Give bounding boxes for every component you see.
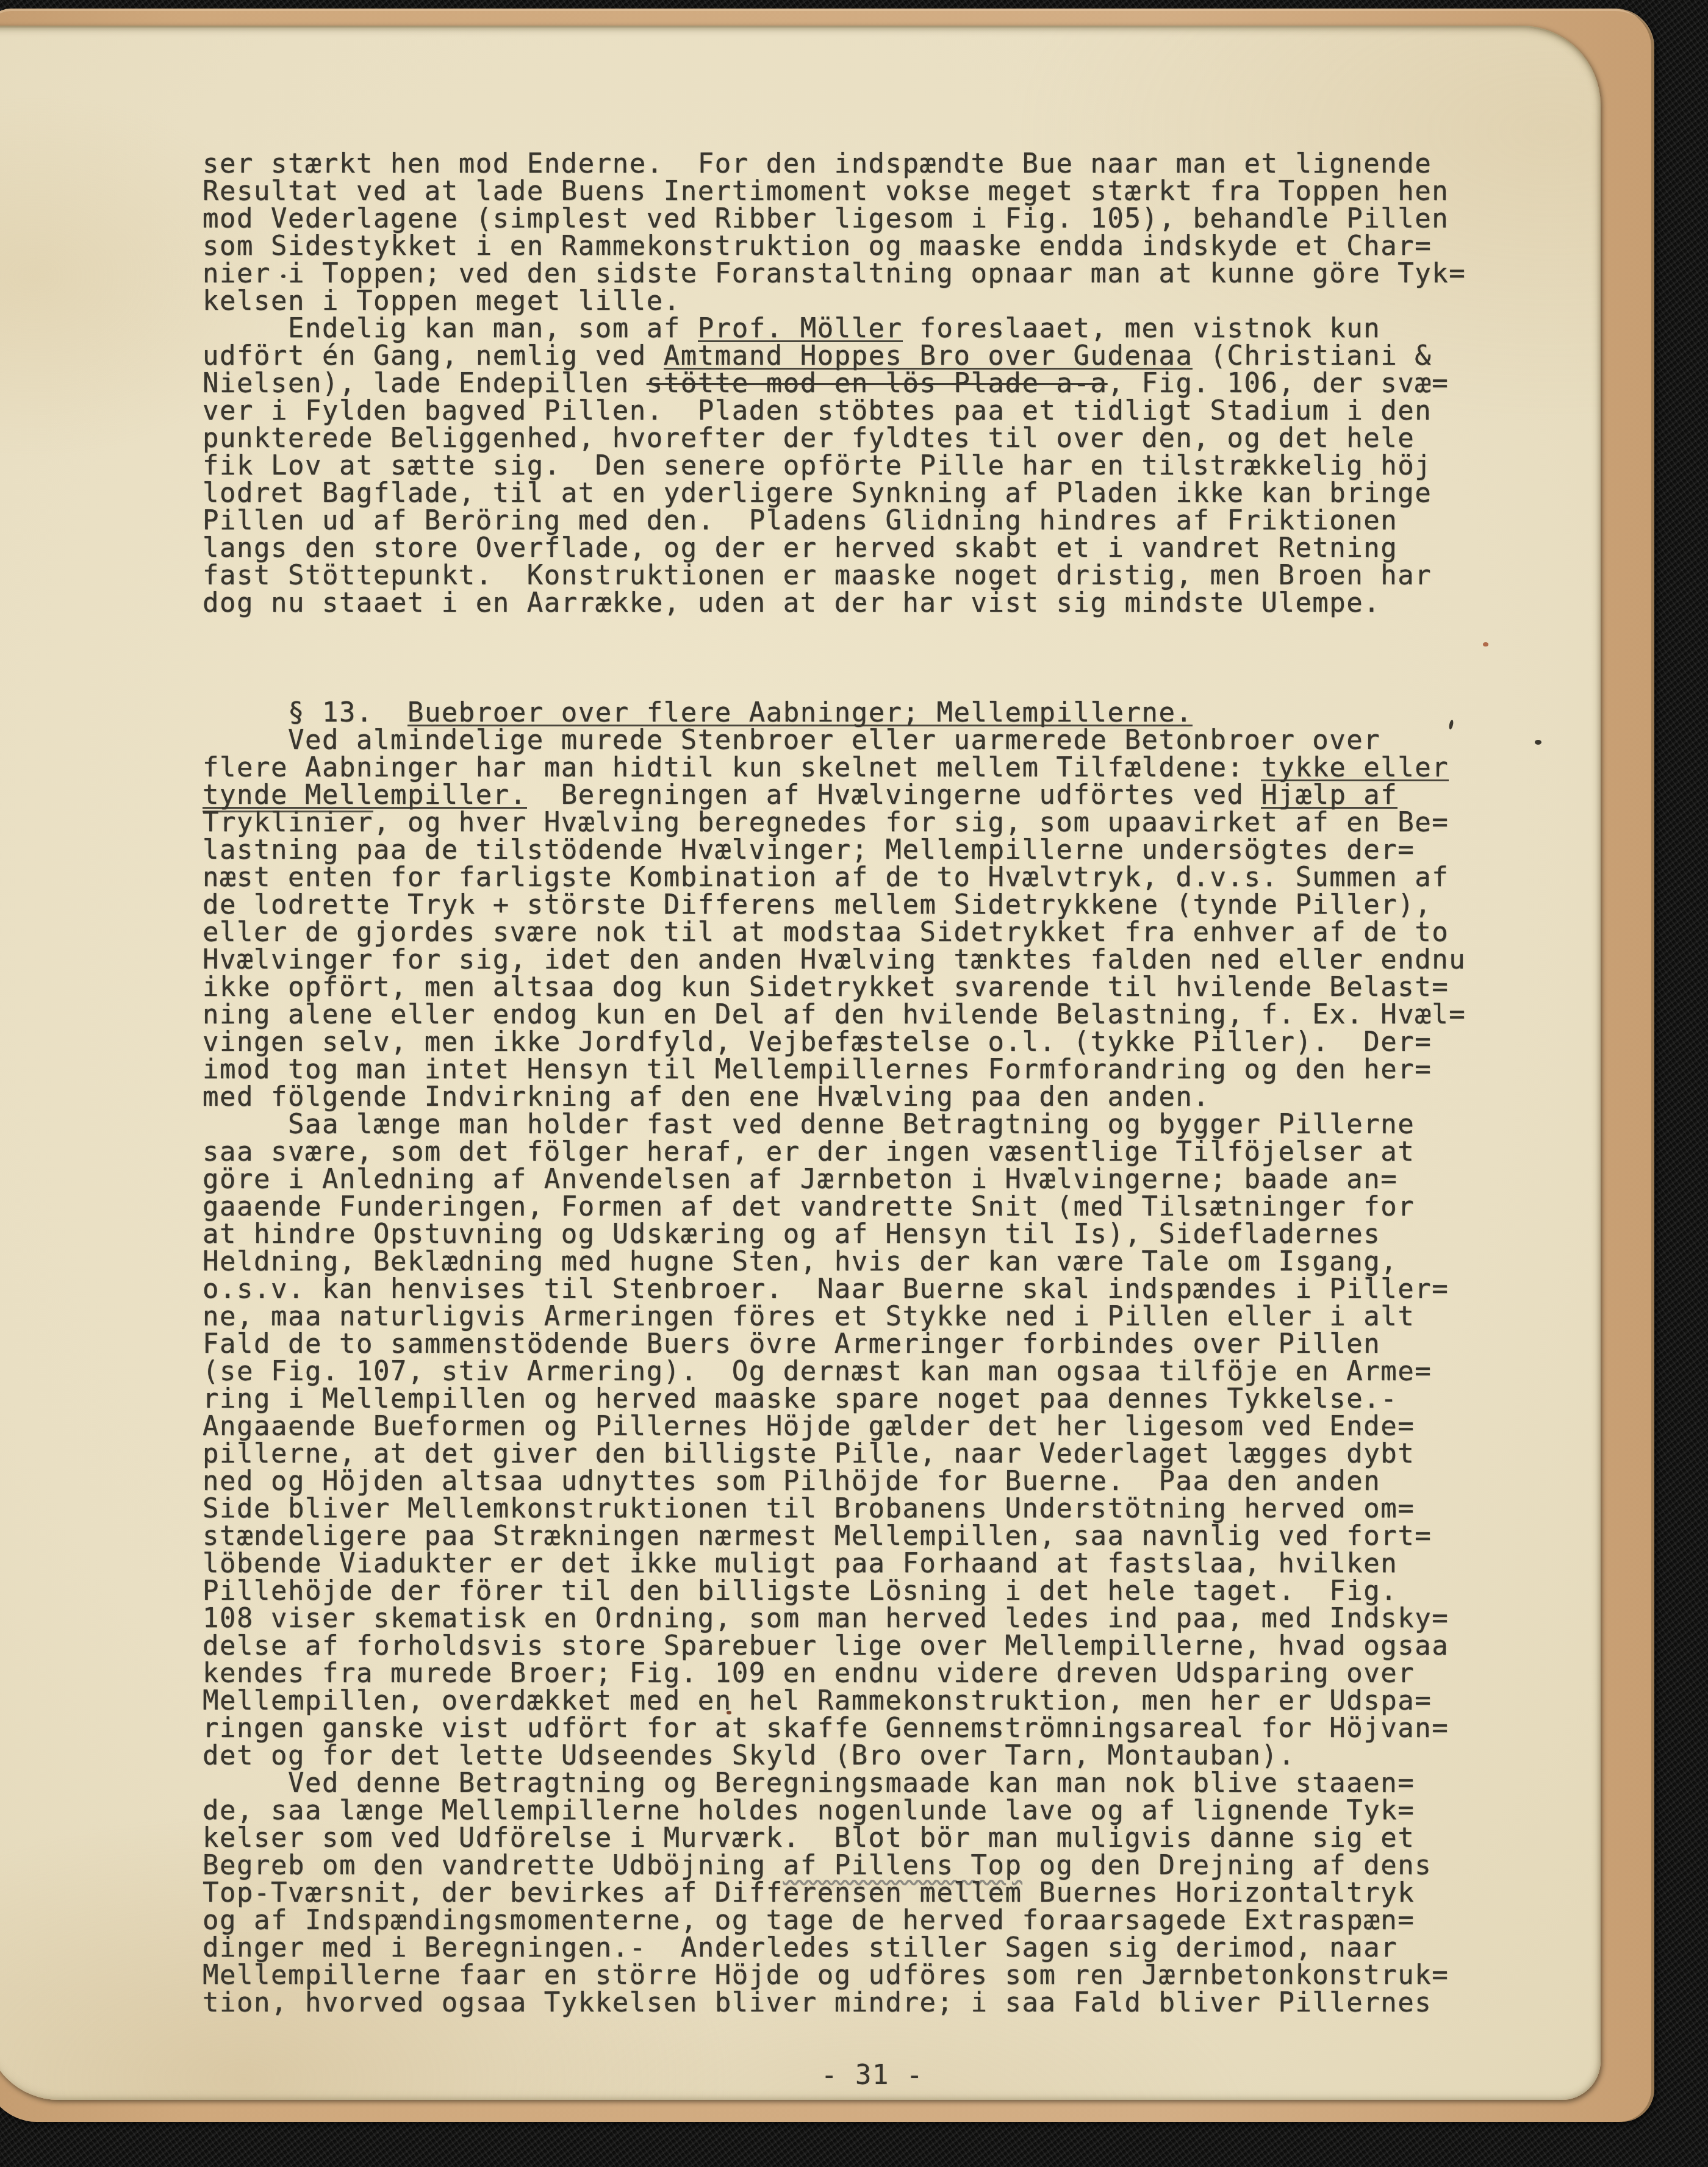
text-segment: ser stærkt hen mod Enderne. For den inds… — [203, 148, 1432, 179]
text-line: ne, maa naturligvis Armeringen föres et … — [203, 1303, 1471, 1330]
text-segment: ver i Fylden bagved Pillen. Pladen stöbt… — [203, 395, 1432, 426]
text-line: Top-Tværsnit, der bevirkes af Differense… — [203, 1879, 1471, 1907]
text-segment: Begreb om den vandrette Udböjning — [203, 1850, 783, 1881]
text-line: tion, hvorved ogsaa Tykkelsen bliver min… — [203, 1989, 1471, 2016]
emphasized-text-segment: af Pillens Top — [783, 1850, 1022, 1881]
text-segment: Nielsen), lade Endepillen — [203, 368, 647, 399]
text-segment: flere Aabninger har man hidtil kun skeln… — [203, 752, 1261, 783]
text-segment: fast Stöttepunkt. Konstruktionen er maas… — [203, 560, 1432, 591]
text-segment: gaaende Funderingen, Formen af det vandr… — [203, 1191, 1415, 1222]
text-segment: eller de gjordes svære nok til at modsta… — [203, 917, 1449, 948]
emphasized-text-segment: Buebroer over flere Aabninger; Mellempil… — [407, 697, 1193, 728]
text-segment: Side bliver Mellemkonstruktionen til Bro… — [203, 1493, 1415, 1524]
scanned-book-photo: { "page": { "number_label": "- 31 -", "p… — [0, 0, 1708, 2167]
text-segment: Hvælvinger for sig, idet den anden Hvælv… — [203, 944, 1466, 975]
text-line: Mellempillen, overdækket med en hel Ramm… — [203, 1687, 1471, 1714]
text-line: udfört én Gang, nemlig ved Amtmand Hoppe… — [203, 342, 1471, 370]
text-line: imod tog man intet Hensyn til Mellempill… — [203, 1056, 1471, 1083]
text-line: Hvælvinger for sig, idet den anden Hvælv… — [203, 946, 1471, 973]
text-line: Pillen ud af Beröring med den. Pladens G… — [203, 507, 1471, 534]
text-line: Begreb om den vandrette Udböjning af Pil… — [203, 1852, 1471, 1879]
text-segment: mod Vederlagene (simplest ved Ribber lig… — [203, 203, 1449, 234]
paper-stain-fleck — [1483, 642, 1488, 647]
text-line: ring i Mellempillen og herved maaske spa… — [203, 1385, 1471, 1413]
text-line: lastning paa de tilstödende Hvælvinger; … — [203, 836, 1471, 864]
text-line: delse af forholdsvis store Sparebuer lig… — [203, 1632, 1471, 1660]
text-segment: langs den store Overflade, og der er her… — [203, 532, 1398, 564]
text-segment: saa svære, som det fölger heraf, er der … — [203, 1136, 1415, 1167]
text-segment: Mellempillen, overdækket med en hel Ramm… — [203, 1685, 1432, 1716]
text-segment: Ved denne Betragtning og Beregningsmaade… — [203, 1768, 1415, 1799]
text-segment: dog nu staaet i en Aarrække, uden at der… — [203, 587, 1380, 618]
text-line: de lodrette Tryk + störste Differens mel… — [203, 891, 1471, 919]
text-segment: 108 viser skematisk en Ordning, som man … — [203, 1603, 1449, 1634]
typewritten-text: ser stærkt hen mod Enderne. For den inds… — [203, 150, 1471, 2016]
text-line: Saa længe man holder fast ved denne Betr… — [203, 1111, 1471, 1138]
text-segment: ning alene eller endog kun en Del af den… — [203, 999, 1466, 1030]
text-line: Pillehöjde der förer til den billigste L… — [203, 1577, 1471, 1605]
text-line: dog nu staaet i en Aarrække, uden at der… — [203, 589, 1471, 617]
emphasized-text-segment: stötte mod en lös Plade a-a — [647, 368, 1108, 399]
text-line: kendes fra murede Broer; Fig. 109 en end… — [203, 1660, 1471, 1687]
text-segment: tion, hvorved ogsaa Tykkelsen bliver min… — [203, 1987, 1432, 2018]
emphasized-text-segment: tykke eller — [1261, 752, 1449, 783]
text-segment: (Christiani & — [1193, 340, 1432, 371]
text-segment: stændeligere paa Strækningen nærmest Mel… — [203, 1520, 1432, 1552]
text-segment: löbende Viadukter er det ikke muligt paa… — [203, 1548, 1398, 1579]
text-line: Resultat ved at lade Buens Inertimoment … — [203, 177, 1471, 205]
text-line: ikke opfört, men altsaa dog kun Sidetryk… — [203, 973, 1471, 1001]
text-line: at hindre Opstuvning og Udskæring og af … — [203, 1220, 1471, 1248]
text-segment: Beregningen af Hvælvingerne udförtes ved — [527, 779, 1261, 811]
text-line: Angaaende Bueformen og Pillernes Höjde g… — [203, 1413, 1471, 1440]
text-segment: kelser som ved Udförelse i Murværk. Blot… — [203, 1822, 1415, 1854]
text-line: vingen selv, men ikke Jordfyld, Vejbefæs… — [203, 1028, 1471, 1056]
emphasized-text-segment: tynde Mellempiller. — [203, 779, 527, 811]
text-segment: Resultat ved at lade Buens Inertimoment … — [203, 176, 1449, 207]
text-segment: fik Lov at sætte sig. Den senere opförte… — [203, 450, 1432, 481]
text-line: nier i Toppen; ved den sidste Foranstalt… — [203, 260, 1471, 287]
text-segment: nier i Toppen; ved den sidste Foranstalt… — [203, 258, 1466, 289]
text-line: § 13. Buebroer over flere Aabninger; Mel… — [203, 699, 1471, 726]
text-line — [203, 644, 1471, 672]
text-segment: ned og Höjden altsaa udnyttes som Pilhöj… — [203, 1466, 1380, 1497]
text-segment: de lodrette Tryk + störste Differens mel… — [203, 889, 1432, 920]
text-line: (se Fig. 107, stiv Armering). Og dernæst… — [203, 1358, 1471, 1385]
text-segment: foreslaaet, men vistnok kun — [903, 313, 1381, 344]
text-segment: Endelig kan man, som af — [203, 313, 698, 344]
text-line: og af Indspændingsmomenterne, og tage de… — [203, 1907, 1471, 1934]
text-segment: de, saa længe Mellempillerne holdes noge… — [203, 1795, 1415, 1826]
text-segment: pillerne, at det giver den billigste Pil… — [203, 1438, 1415, 1469]
text-segment: næst enten for farligste Kombination af … — [203, 862, 1449, 893]
text-line: flere Aabninger har man hidtil kun skeln… — [203, 754, 1471, 781]
text-line: Ved almindelige murede Stenbroer eller u… — [203, 726, 1471, 754]
text-segment: Top-Tværsnit, der bevirkes af Differense… — [203, 1877, 1415, 1908]
text-line: mod Vederlagene (simplest ved Ribber lig… — [203, 205, 1471, 232]
text-segment: ringen ganske vist udfört for at skaffe … — [203, 1713, 1449, 1744]
text-line: de, saa længe Mellempillerne holdes noge… — [203, 1797, 1471, 1824]
text-segment: kendes fra murede Broer; Fig. 109 en end… — [203, 1658, 1415, 1689]
text-segment: vingen selv, men ikke Jordfyld, Vejbefæs… — [203, 1026, 1432, 1058]
text-segment: Pillen ud af Beröring med den. Pladens G… — [203, 505, 1398, 536]
text-line: det og for det lette Udseendes Skyld (Br… — [203, 1742, 1471, 1769]
text-line: kelser som ved Udförelse i Murværk. Blot… — [203, 1824, 1471, 1852]
text-line: ser stærkt hen mod Enderne. For den inds… — [203, 150, 1471, 177]
text-line: som Sidestykket i en Rammekonstruktion o… — [203, 232, 1471, 260]
text-line: næst enten for farligste Kombination af … — [203, 864, 1471, 891]
text-line — [203, 672, 1471, 699]
text-segment: det og for det lette Udseendes Skyld (Br… — [203, 1740, 1295, 1771]
text-line: stændeligere paa Strækningen nærmest Mel… — [203, 1522, 1471, 1550]
text-segment: , og hver Hvælving beregnedes for sig, s… — [373, 807, 1449, 838]
text-line: Ved denne Betragtning og Beregningsmaade… — [203, 1769, 1471, 1797]
text-line: Nielsen), lade Endepillen stötte mod en … — [203, 370, 1471, 397]
text-segment: Ved almindelige murede Stenbroer eller u… — [203, 725, 1380, 756]
text-segment: Heldning, Beklædning med hugne Sten, hvi… — [203, 1246, 1398, 1277]
text-line: ning alene eller endog kun en Del af den… — [203, 1001, 1471, 1028]
text-line: ver i Fylden bagved Pillen. Pladen stöbt… — [203, 397, 1471, 424]
text-segment: Angaaende Bueformen og Pillernes Höjde g… — [203, 1411, 1415, 1442]
text-segment: imod tog man intet Hensyn til Mellempill… — [203, 1054, 1432, 1085]
text-line: o.s.v. kan henvises til Stenbroer. Naar … — [203, 1275, 1471, 1303]
text-segment: Fald de to sammenstödende Buers övre Arm… — [203, 1328, 1380, 1359]
text-line: göre i Anledning af Anvendelsen af Jærnb… — [203, 1166, 1471, 1193]
text-line: ringen ganske vist udfört for at skaffe … — [203, 1714, 1471, 1742]
text-line: löbende Viadukter er det ikke muligt paa… — [203, 1550, 1471, 1577]
text-line: fast Stöttepunkt. Konstruktionen er maas… — [203, 562, 1471, 589]
text-segment: lastning paa de tilstödende Hvælvinger; … — [203, 834, 1415, 865]
text-segment: göre i Anledning af Anvendelsen af Jærnb… — [203, 1164, 1398, 1195]
text-line: Heldning, Beklædning med hugne Sten, hvi… — [203, 1248, 1471, 1275]
text-line: Mellempillerne faar en större Höjde og u… — [203, 1961, 1471, 1989]
ink-speck — [1535, 740, 1541, 745]
text-segment: kelsen i Toppen meget lille. — [203, 285, 681, 317]
text-line: tynde Mellempiller. Beregningen af Hvælv… — [203, 781, 1471, 809]
text-line: Fald de to sammenstödende Buers övre Arm… — [203, 1330, 1471, 1358]
text-segment: og den Drejning af dens — [1022, 1850, 1432, 1881]
text-line: dinger med i Beregningen.- Anderledes st… — [203, 1934, 1471, 1961]
text-segment: ne, maa naturligvis Armeringen föres et … — [203, 1301, 1415, 1332]
text-line: gaaende Funderingen, Formen af det vandr… — [203, 1193, 1471, 1220]
text-segment: lodret Bagflade, til at en yderligere Sy… — [203, 478, 1432, 509]
text-segment: delse af forholdsvis store Sparebuer lig… — [203, 1630, 1449, 1661]
text-line: langs den store Overflade, og der er her… — [203, 534, 1471, 562]
text-segment: o.s.v. kan henvises til Stenbroer. Naar … — [203, 1273, 1449, 1305]
text-line: kelsen i Toppen meget lille. — [203, 287, 1471, 315]
text-segment: punkterede Beliggenhed, hvorefter der fy… — [203, 423, 1415, 454]
page-number: - 31 - — [787, 2061, 958, 2089]
text-segment: Mellempillerne faar en större Höjde og u… — [203, 1960, 1449, 1991]
emphasized-text-segment: Hjælp af — [1261, 779, 1398, 811]
text-segment: at hindre Opstuvning og Udskæring og af … — [203, 1219, 1380, 1250]
text-segment: Pillehöjde der förer til den billigste L… — [203, 1575, 1398, 1606]
emphasized-text-segment: Prof. Möller — [698, 313, 903, 344]
text-segment: med fölgende Indvirkning af den ene Hvæl… — [203, 1081, 1210, 1112]
text-segment: ring i Mellempillen og herved maaske spa… — [203, 1383, 1398, 1414]
text-segment: ikke opfört, men altsaa dog kun Sidetryk… — [203, 972, 1449, 1003]
text-line: punkterede Beliggenhed, hvorefter der fy… — [203, 424, 1471, 452]
text-line: ned og Höjden altsaa udnyttes som Pilhöj… — [203, 1467, 1471, 1495]
text-line — [203, 617, 1471, 644]
text-line: 108 viser skematisk en Ordning, som man … — [203, 1605, 1471, 1632]
text-line: lodret Bagflade, til at en yderligere Sy… — [203, 479, 1471, 507]
text-line: med fölgende Indvirkning af den ene Hvæl… — [203, 1083, 1471, 1111]
text-line: Side bliver Mellemkonstruktionen til Bro… — [203, 1495, 1471, 1522]
text-segment: Saa længe man holder fast ved denne Betr… — [203, 1109, 1415, 1140]
text-segment: (se Fig. 107, stiv Armering). Og dernæst… — [203, 1356, 1432, 1387]
text-line: pillerne, at det giver den billigste Pil… — [203, 1440, 1471, 1467]
text-line: eller de gjordes svære nok til at modsta… — [203, 919, 1471, 946]
text-line: Endelig kan man, som af Prof. Möller for… — [203, 315, 1471, 342]
text-segment: som Sidestykket i en Rammekonstruktion o… — [203, 231, 1432, 262]
text-line: saa svære, som det fölger heraf, er der … — [203, 1138, 1471, 1166]
text-line: fik Lov at sætte sig. Den senere opförte… — [203, 452, 1471, 479]
text-line: Tryklinier, og hver Hvælving beregnedes … — [203, 809, 1471, 836]
emphasized-text-segment: Amtmand Hoppes Bro over Gudenaa — [664, 340, 1193, 371]
text-segment: og af Indspændingsmomenterne, og tage de… — [203, 1905, 1415, 1936]
emphasized-text-segment: Tryklinier — [203, 807, 373, 838]
text-segment: § 13. — [203, 697, 407, 728]
text-segment: udfört én Gang, nemlig ved — [203, 340, 664, 371]
text-segment: , Fig. 106, der svæ= — [1108, 368, 1449, 399]
text-segment: dinger med i Beregningen.- Anderledes st… — [203, 1932, 1398, 1963]
